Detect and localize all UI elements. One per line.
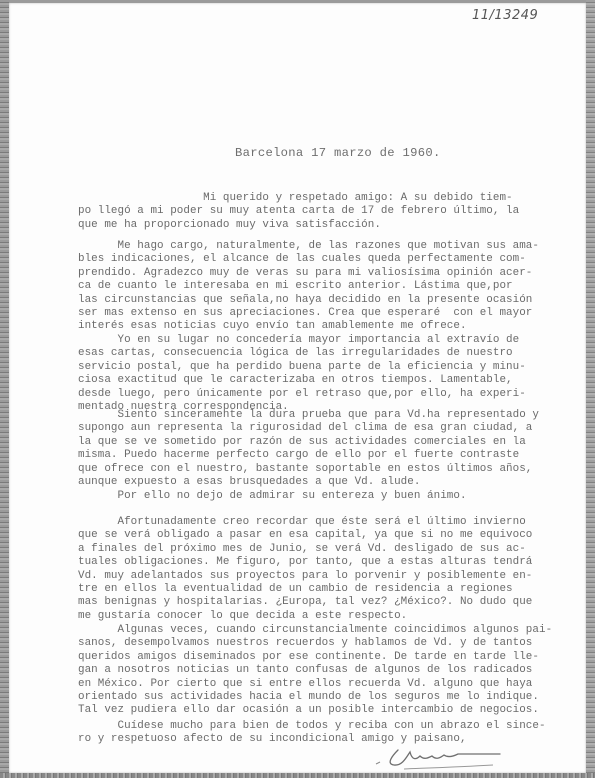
paragraph-postal-service: Yo en su lugar no concedería mayor impor… xyxy=(78,334,583,414)
handwritten-signature-icon xyxy=(368,738,508,772)
paragraph-acknowledgement: Me hago cargo, naturalmente, de las razo… xyxy=(78,240,583,334)
paragraph-last-winter: Afortunadamente creo recordar que éste s… xyxy=(78,516,583,623)
paragraph-climate: Siento sinceramente la dura prueba que p… xyxy=(78,409,583,489)
dateline: Barcelona 17 marzo de 1960. xyxy=(235,146,441,160)
paragraph-admiration: Por ello no dejo de admirar su entereza … xyxy=(78,490,583,503)
scan-edge-right xyxy=(586,0,595,778)
paragraph-countrymen: Algunas veces, cuando circunstancialment… xyxy=(78,624,583,718)
scan-edge-bottom xyxy=(0,773,595,778)
scan-edge-left xyxy=(0,0,9,778)
paragraph-greeting: Mi querido y respetado amigo: A su debid… xyxy=(78,192,583,232)
archive-number: 11/13249 xyxy=(472,8,538,23)
